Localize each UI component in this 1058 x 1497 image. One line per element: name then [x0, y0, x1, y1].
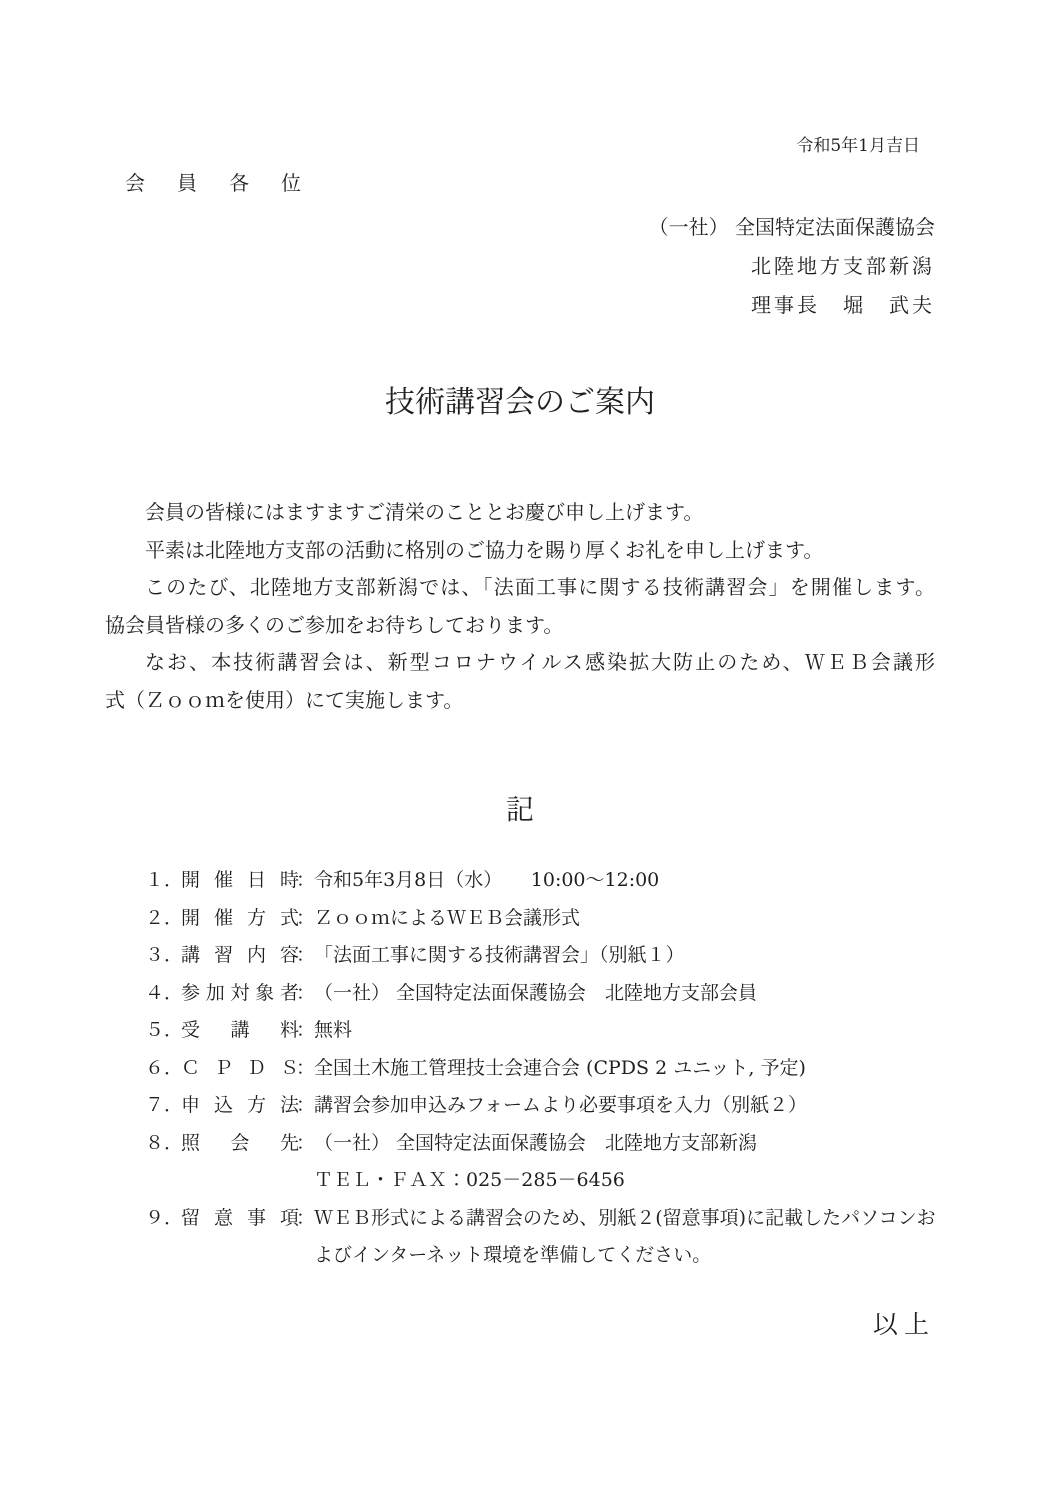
sender-president: 理事長 堀 武夫	[105, 286, 935, 325]
date-line: 令和5年1月吉日	[105, 135, 935, 157]
addressee: 会 員 各 位	[125, 170, 935, 196]
list-item: ７．申込方法：講習会参加申込みフォームより必要事項を入力（別紙２）	[145, 1087, 935, 1125]
document-title: 技術講習会のご案内	[105, 383, 935, 423]
item-content: よびインターネット環境を準備してください。	[314, 1237, 935, 1275]
body-paragraphs: 会員の皆様にはますますご清栄のこととお慶び申し上げます。平素は北陸地方支部の活動…	[105, 494, 935, 719]
item-colon: ：	[299, 975, 314, 1013]
ki-marker: 記	[105, 790, 935, 830]
closing-ijou: 以上	[105, 1308, 935, 1342]
item-number: ８．	[145, 1125, 181, 1163]
item-colon: ：	[299, 862, 314, 900]
item-label: 留意事項	[181, 1200, 299, 1238]
item-label: 参加対象者	[181, 975, 299, 1013]
item-label: 受講料	[181, 1012, 299, 1050]
body-line: 平素は北陸地方支部の活動に格別のご協力を賜り厚くお礼を申し上げます。	[105, 532, 935, 570]
item-number: １．	[145, 862, 181, 900]
item-colon: ：	[299, 1200, 314, 1238]
body-line: 式（Ｚｏｏｍを使用）にて実施します。	[105, 682, 935, 720]
sender-branch: 北陸地方支部新潟	[105, 247, 935, 286]
item-content: （一社） 全国特定法面保護協会 北陸地方支部新潟	[314, 1125, 935, 1163]
body-line: 協会員皆様の多くのご参加をお待ちしております。	[105, 607, 935, 645]
item-colon: ：	[299, 937, 314, 975]
items-list: １．開催日時：令和5年3月8日（水） 10:00～12:00２．開催方式：Ｚｏｏ…	[105, 862, 935, 1275]
item-content: 無料	[314, 1012, 935, 1050]
sender-org: （一社） 全国特定法面保護協会	[105, 208, 935, 247]
item-label: 開催日時	[181, 862, 299, 900]
sender-block: （一社） 全国特定法面保護協会 北陸地方支部新潟 理事長 堀 武夫	[105, 208, 935, 325]
item-label: 照会先	[181, 1125, 299, 1163]
list-item: ８．照会先：（一社） 全国特定法面保護協会 北陸地方支部新潟	[145, 1125, 935, 1163]
item-content: ＷＥＢ形式による講習会のため、別紙２(留意事項)に記載したパソコンお	[314, 1200, 936, 1238]
item-label: ＣＰＤＳ	[181, 1050, 299, 1088]
body-line: なお、本技術講習会は、新型コロナウイルス感染拡大防止のため、ＷＥＢ会議形	[105, 644, 935, 682]
item-colon: ：	[299, 900, 314, 938]
item-number: ５．	[145, 1012, 181, 1050]
item-content: 令和5年3月8日（水） 10:00～12:00	[314, 862, 935, 900]
item-number: ６．	[145, 1050, 181, 1088]
document-page: 令和5年1月吉日 会 員 各 位 （一社） 全国特定法面保護協会 北陸地方支部新…	[0, 0, 1058, 1497]
list-item-continuation: よびインターネット環境を準備してください。	[145, 1237, 935, 1275]
item-colon: ：	[299, 1012, 314, 1050]
list-item: ５．受講料：無料	[145, 1012, 935, 1050]
item-content: 全国土木施工管理技士会連合会 (CPDS 2 ユニット, 予定)	[314, 1050, 935, 1088]
item-colon: ：	[299, 1087, 314, 1125]
item-label: 開催方式	[181, 900, 299, 938]
list-item: ２．開催方式：ＺｏｏｍによるＷＥＢ会議形式	[145, 900, 935, 938]
item-label: 申込方法	[181, 1087, 299, 1125]
item-colon: ：	[299, 1050, 314, 1088]
list-item: ４．参加対象者：（一社） 全国特定法面保護協会 北陸地方支部会員	[145, 975, 935, 1013]
list-item: ３．講習内容：「法面工事に関する技術講習会」（別紙１）	[145, 937, 935, 975]
item-content: 「法面工事に関する技術講習会」（別紙１）	[314, 937, 935, 975]
item-content: ＴＥＬ・ＦＡＸ：025－285－6456	[314, 1162, 935, 1200]
item-content: 講習会参加申込みフォームより必要事項を入力（別紙２）	[314, 1087, 935, 1125]
item-number: ３．	[145, 937, 181, 975]
item-label: 講習内容	[181, 937, 299, 975]
item-number: ９．	[145, 1200, 181, 1238]
body-line: このたび、北陸地方支部新潟では、「法面工事に関する技術講習会」を開催します。	[105, 569, 935, 607]
list-item-continuation: ＴＥＬ・ＦＡＸ：025－285－6456	[145, 1162, 935, 1200]
item-number: ７．	[145, 1087, 181, 1125]
item-colon: ：	[299, 1125, 314, 1163]
item-number: ４．	[145, 975, 181, 1013]
item-content: ＺｏｏｍによるＷＥＢ会議形式	[314, 900, 935, 938]
item-content: （一社） 全国特定法面保護協会 北陸地方支部会員	[314, 975, 935, 1013]
list-item: ９．留意事項：ＷＥＢ形式による講習会のため、別紙２(留意事項)に記載したパソコン…	[145, 1200, 935, 1238]
list-item: １．開催日時：令和5年3月8日（水） 10:00～12:00	[145, 862, 935, 900]
list-item: ６．ＣＰＤＳ：全国土木施工管理技士会連合会 (CPDS 2 ユニット, 予定)	[145, 1050, 935, 1088]
item-number: ２．	[145, 900, 181, 938]
body-line: 会員の皆様にはますますご清栄のこととお慶び申し上げます。	[105, 494, 935, 532]
